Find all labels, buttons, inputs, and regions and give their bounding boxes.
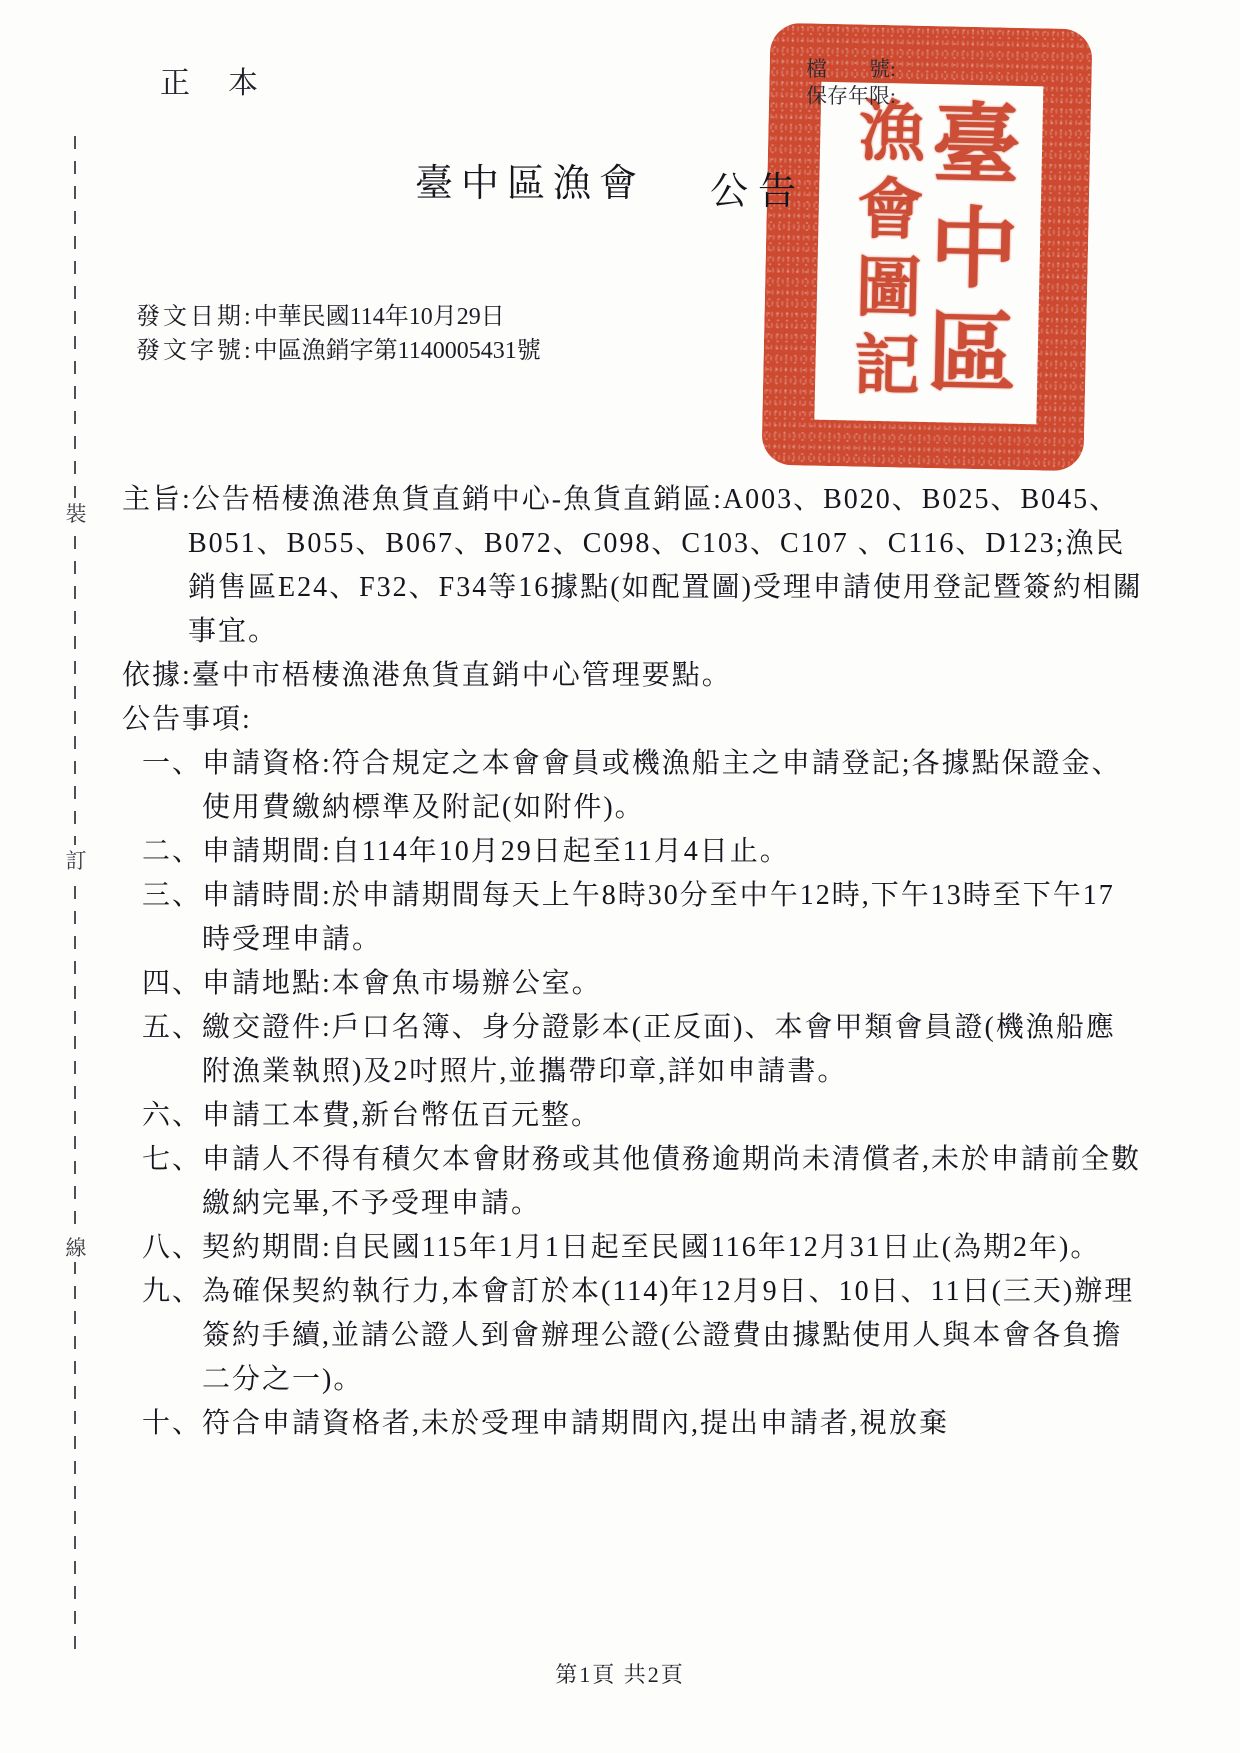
item-number: 一、 (142, 748, 202, 779)
document-meta: 發文日期:中華民國114年10月29日 發文字號:中區漁銷字第114000543… (136, 300, 541, 368)
item-number: 九、 (142, 1276, 202, 1307)
issue-date-line: 發文日期:中華民國114年10月29日 (136, 300, 541, 334)
binding-char-xian: 線 (63, 1232, 89, 1262)
issue-date-value: 中華民國114年10月29日 (254, 304, 505, 330)
item-number: 二、 (142, 836, 202, 867)
issue-date-label: 發文日期: (136, 304, 254, 330)
item-text: 申請工本費,新台幣伍百元整。 (202, 1100, 601, 1131)
item-number: 七、 (142, 1144, 202, 1175)
item-number: 五、 (142, 1012, 202, 1043)
item-number: 十、 (142, 1408, 202, 1439)
basis-label: 依據: (122, 660, 192, 691)
doc-number-line: 發文字號:中區漁銷字第1140005431號 (136, 334, 541, 368)
list-item: 七、申請人不得有積欠本會財務或其他債務逾期尚未清償者,未於申請前全數繳納完畢,不… (142, 1138, 1144, 1226)
official-seal-inner: 漁會圖記 臺中區 (814, 82, 1043, 425)
subject-paragraph: 主旨:公告梧棲漁港魚貨直銷中心-魚貨直銷區:A003、B020、B025、B04… (122, 478, 1144, 654)
archive-labels: 檔 號: 保存年限: (806, 56, 896, 110)
list-item: 八、契約期間:自民國115年1月1日起至民國116年12月31日止(為期2年)。 (142, 1226, 1144, 1270)
basis-text: 臺中市梧棲漁港魚貨直銷中心管理要點。 (192, 660, 732, 691)
list-item: 六、申請工本費,新台幣伍百元整。 (142, 1094, 1144, 1138)
seal-script-right-column: 臺中區 (918, 97, 1013, 411)
item-number: 四、 (142, 968, 202, 999)
item-number: 八、 (142, 1232, 202, 1263)
doc-number-value: 中區漁銷字第1140005431號 (254, 338, 541, 364)
item-text: 繳交證件:戶口名簿、身分證影本(正反面)、本會甲類會員證(機漁船應附漁業執照)及… (202, 1012, 1116, 1087)
item-text: 申請資格:符合規定之本會會員或機漁船主之申請登記;各據點保證金、使用費繳納標準及… (202, 748, 1122, 823)
list-item: 三、申請時間:於申請期間每天上午8時30分至中午12時,下午13時至下午17時受… (142, 874, 1144, 962)
basis-paragraph: 依據:臺中市梧棲漁港魚貨直銷中心管理要點。 (122, 654, 1144, 698)
item-text: 申請時間:於申請期間每天上午8時30分至中午12時,下午13時至下午17時受理申… (202, 880, 1115, 955)
list-item: 五、繳交證件:戶口名簿、身分證影本(正反面)、本會甲類會員證(機漁船應附漁業執照… (142, 1006, 1144, 1094)
copy-type-label: 正 本 (160, 58, 262, 102)
items-header: 公告事項: (122, 698, 1144, 742)
item-number: 六、 (142, 1100, 202, 1131)
announcement-body: 主旨:公告梧棲漁港魚貨直銷中心-魚貨直銷區:A003、B020、B025、B04… (122, 478, 1144, 1446)
list-item: 十、符合申請資格者,未於受理申請期間內,提出申請者,視放棄 (142, 1402, 1144, 1446)
seal-script-left-column: 漁會圖記 (846, 95, 919, 408)
retention-period-label: 保存年限: (806, 83, 896, 110)
item-text: 申請人不得有積欠本會財務或其他債務逾期尚未清償者,未於申請前全數繳納完畢,不予受… (202, 1144, 1141, 1219)
item-text: 申請期間:自114年10月29日起至11月4日止。 (202, 836, 790, 867)
document-type-title: 公告 (710, 160, 806, 215)
item-number: 三、 (142, 880, 202, 911)
binding-dashed-line (74, 136, 76, 1656)
binding-char-zhuang: 裝 (63, 498, 89, 528)
item-text: 契約期間:自民國115年1月1日起至民國116年12月31日止(為期2年)。 (202, 1232, 1100, 1263)
item-text: 申請地點:本會魚市場辦公室。 (202, 968, 602, 999)
doc-number-label: 發文字號: (136, 338, 254, 364)
list-item: 九、為確保契約執行力,本會訂於本(114)年12月9日、10日、11日(三天)辦… (142, 1270, 1144, 1402)
subject-text: 公告梧棲漁港魚貨直銷中心-魚貨直銷區:A003、B020、B025、B045、B… (188, 484, 1143, 647)
list-item: 二、申請期間:自114年10月29日起至11月4日止。 (142, 830, 1144, 874)
item-text: 符合申請資格者,未於受理申請期間內,提出申請者,視放棄 (202, 1408, 949, 1439)
file-number-label: 檔 號: (806, 56, 896, 83)
scanned-announcement-page: 裝 訂 線 正 本 臺中區漁會 公告 漁會圖記 臺中區 檔 號: 保存年限: 發… (0, 0, 1240, 1753)
page-number: 第1頁 共2頁 (0, 1658, 1240, 1689)
issuer-title: 臺中區漁會 (415, 152, 645, 207)
list-item: 四、申請地點:本會魚市場辦公室。 (142, 962, 1144, 1006)
binding-char-ding: 訂 (63, 845, 89, 875)
item-text: 為確保契約執行力,本會訂於本(114)年12月9日、10日、11日(三天)辦理簽… (202, 1276, 1134, 1395)
items-list: 一、申請資格:符合規定之本會會員或機漁船主之申請登記;各據點保證金、使用費繳納標… (142, 742, 1144, 1446)
subject-label: 主旨: (122, 484, 192, 515)
list-item: 一、申請資格:符合規定之本會會員或機漁船主之申請登記;各據點保證金、使用費繳納標… (142, 742, 1144, 830)
